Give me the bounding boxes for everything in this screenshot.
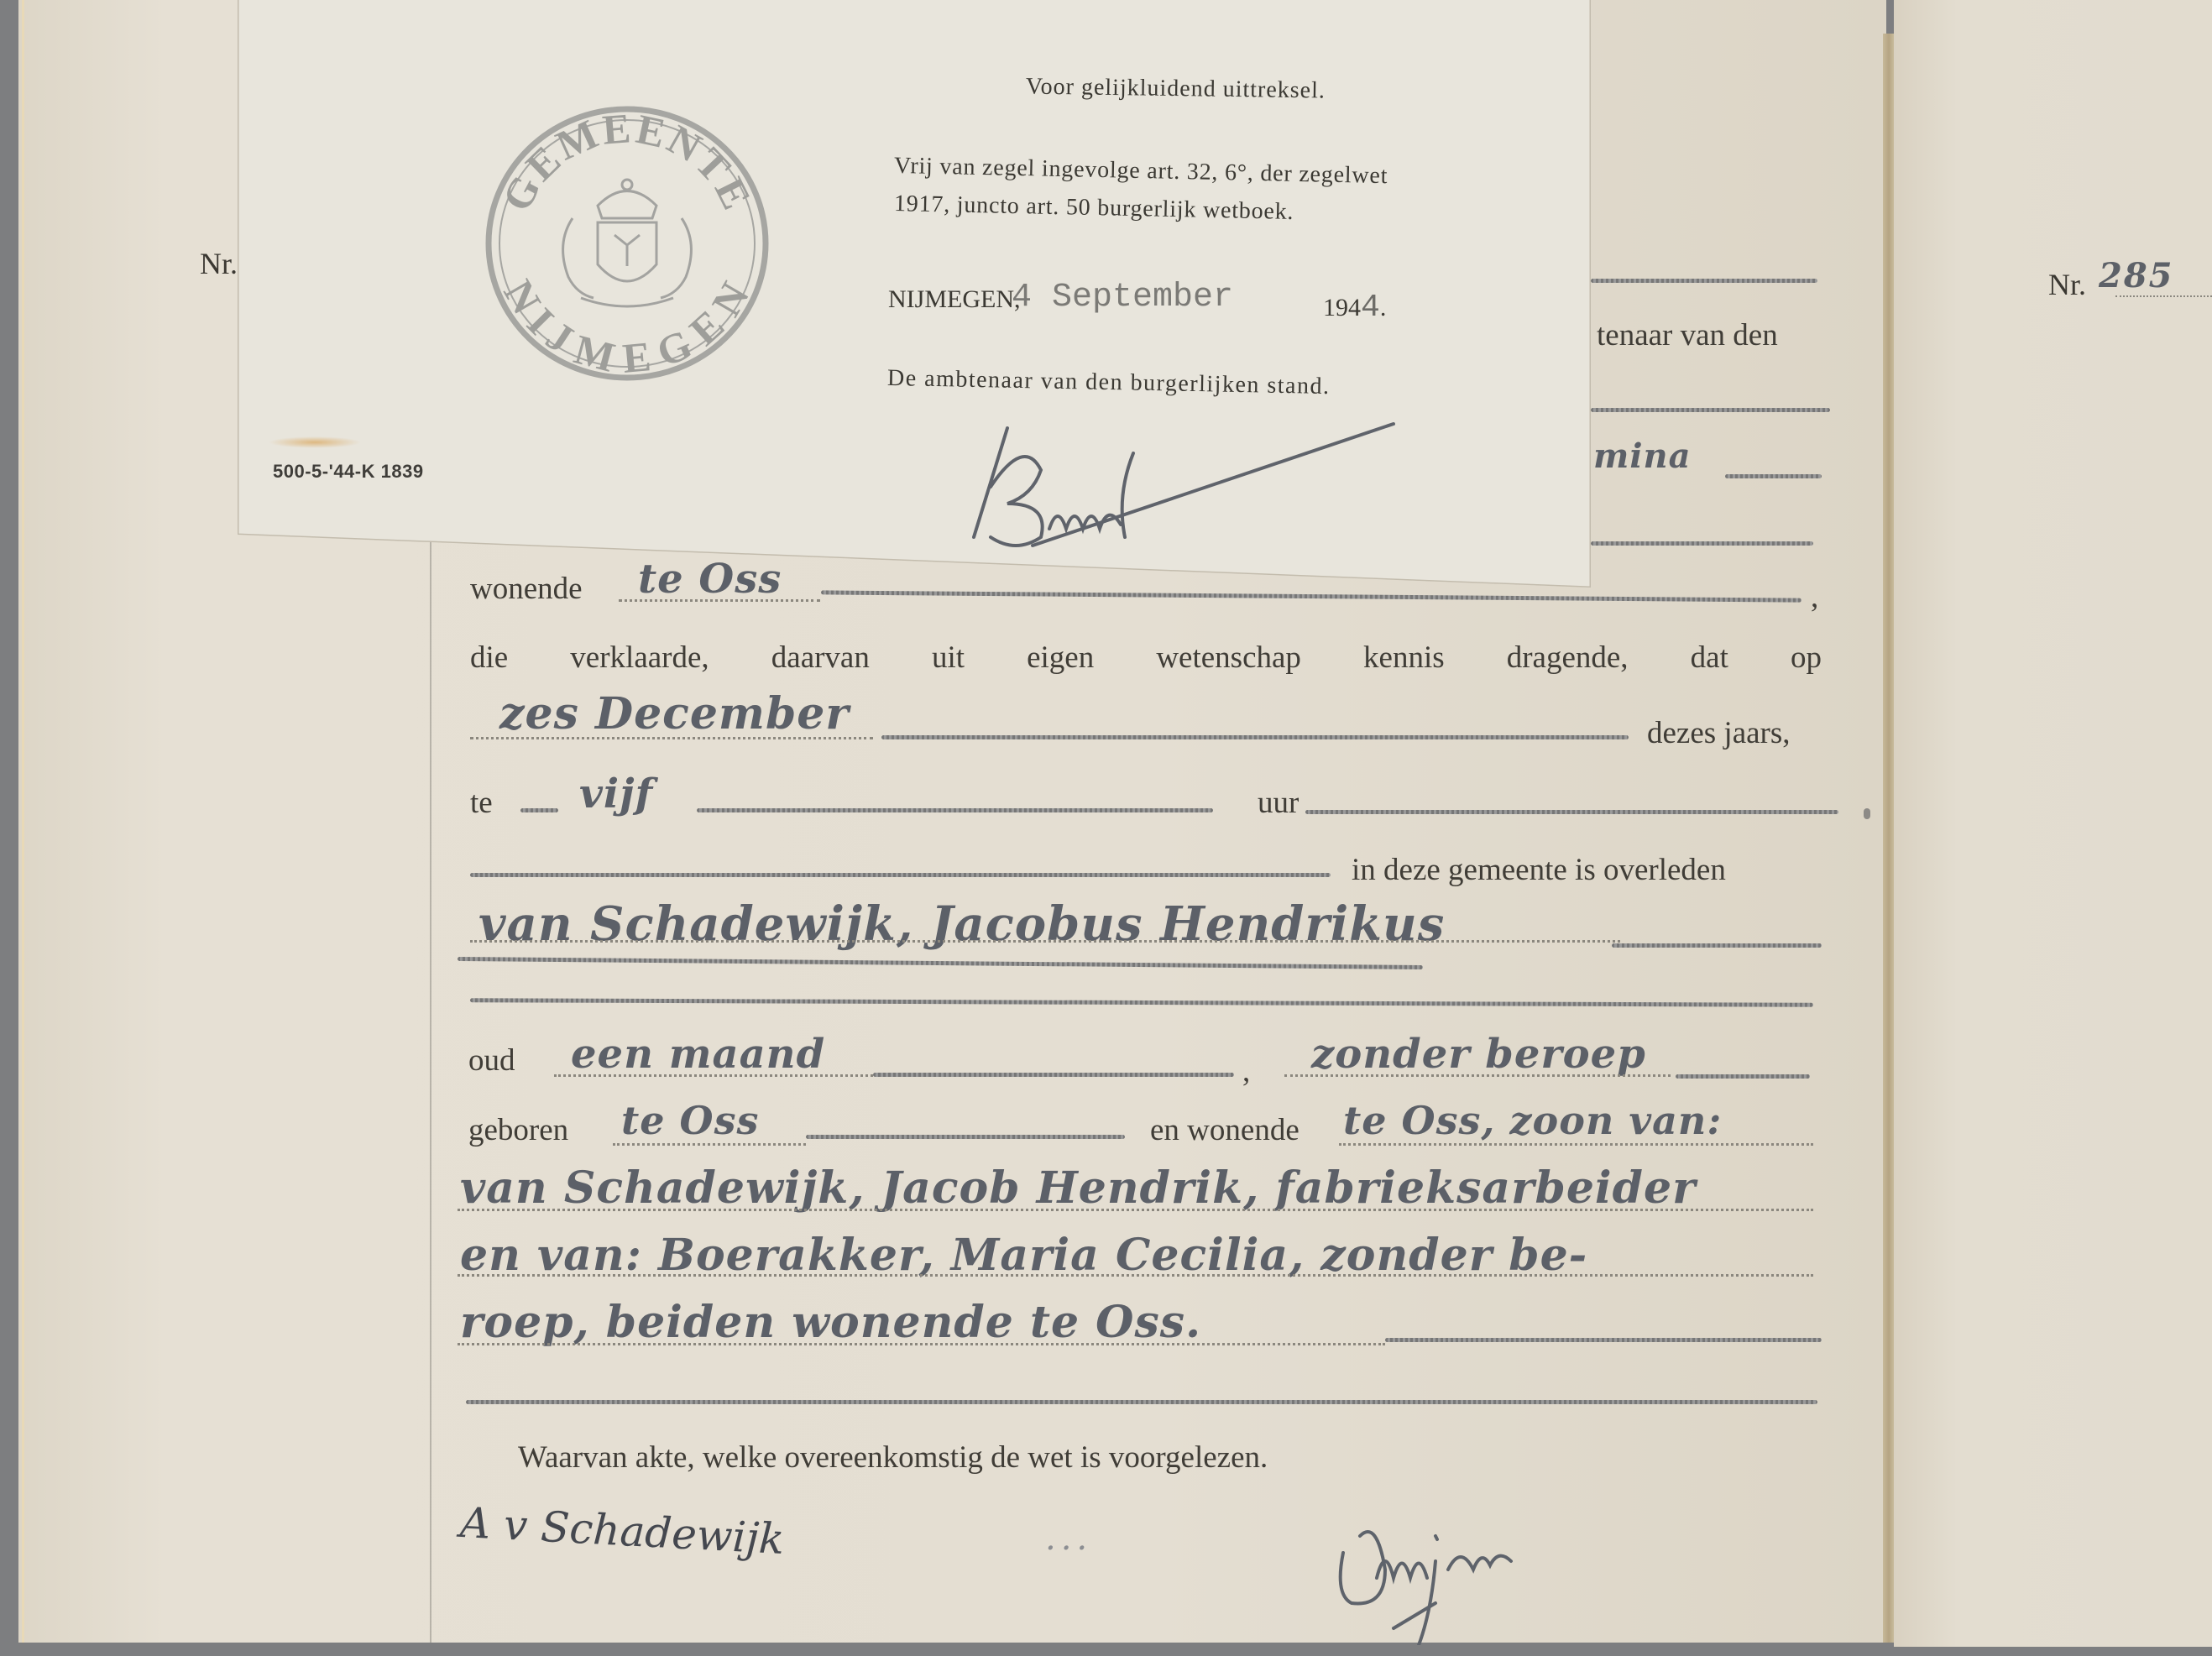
form-rule bbox=[470, 873, 1331, 877]
form-rule bbox=[873, 1073, 1234, 1077]
handwritten-time: vijf bbox=[579, 771, 653, 818]
form-rule bbox=[1591, 541, 1813, 546]
handwritten-date: zes December bbox=[499, 688, 850, 739]
handwritten-age: een maand bbox=[571, 1031, 825, 1078]
time-unit: uur bbox=[1258, 785, 1299, 821]
right-page bbox=[1894, 0, 2212, 1647]
slip-heading: Voor gelijkluidend uittreksel. bbox=[1026, 74, 1326, 105]
dotted-line bbox=[1339, 1143, 1813, 1146]
slip-year-period: . bbox=[1380, 294, 1387, 321]
form-rule bbox=[1385, 1338, 1822, 1342]
form-rule bbox=[1612, 943, 1822, 948]
witness-signature-faded: ... bbox=[1045, 1519, 1092, 1558]
form-rule bbox=[806, 1135, 1125, 1139]
slip-form-code: 500-5-'44-K 1839 bbox=[273, 461, 424, 483]
word: dat bbox=[1691, 640, 1728, 676]
comma: , bbox=[1811, 579, 1818, 615]
dotted-line bbox=[470, 737, 873, 739]
form-rule bbox=[697, 808, 1213, 812]
handwritten-residing: te Oss, zoon van: bbox=[1343, 1098, 1722, 1143]
municipal-seal-icon: GEMEENTE NIJMEGEN bbox=[480, 101, 774, 386]
form-rule bbox=[881, 735, 1629, 739]
dotted-line bbox=[458, 1209, 1813, 1211]
form-rule bbox=[1676, 1074, 1810, 1079]
form-rule bbox=[466, 1400, 1817, 1404]
handwritten-partial-name: mina bbox=[1593, 436, 1692, 476]
record-number-value: 285 bbox=[2099, 256, 2174, 295]
dotted-line bbox=[458, 1343, 1385, 1345]
time-label: te bbox=[470, 785, 493, 821]
comma: , bbox=[1242, 1053, 1250, 1089]
born-label: geboren bbox=[468, 1112, 568, 1148]
dotted-line bbox=[554, 1074, 873, 1077]
dotted-line bbox=[613, 1143, 806, 1146]
word: uit bbox=[932, 640, 965, 676]
word: kennis bbox=[1363, 640, 1445, 676]
residence-label: wonende bbox=[470, 571, 583, 607]
handwritten-residence: te Oss bbox=[638, 556, 782, 603]
dotted-line bbox=[1284, 1074, 1671, 1077]
age-label: oud bbox=[468, 1042, 515, 1079]
date-suffix: dezes jaars, bbox=[1647, 715, 1791, 751]
slip-year-printed: 194 bbox=[1323, 294, 1361, 321]
closing-statement: Waarvan akte, welke overeenkomstig de we… bbox=[518, 1439, 1268, 1476]
form-rule bbox=[1725, 474, 1822, 478]
declaration-line: die verklaarde, daarvan uit eigen wetens… bbox=[470, 640, 1822, 676]
handwritten-parents-line-1: van Schadewijk, Jacob Hendrik, fabrieksa… bbox=[460, 1162, 1697, 1214]
slip-typed-date: 4 September bbox=[1012, 279, 1233, 316]
died-phrase: in deze gemeente is overleden bbox=[1352, 852, 1726, 888]
slip-year: 1944. bbox=[1323, 290, 1386, 326]
dotted-line bbox=[458, 1274, 1813, 1277]
word: wetenschap bbox=[1156, 640, 1301, 676]
handwritten-birthplace: te Oss bbox=[621, 1098, 759, 1143]
handwritten-deceased-name: van Schadewijk, Jacobus Hendrikus bbox=[478, 896, 1445, 952]
form-rule bbox=[1305, 810, 1838, 814]
word: daarvan bbox=[771, 640, 870, 676]
word: die bbox=[470, 640, 508, 676]
handwritten-occupation: zonder beroep bbox=[1311, 1031, 1646, 1078]
form-rule bbox=[520, 808, 558, 812]
word: op bbox=[1791, 640, 1822, 676]
book-gutter bbox=[1883, 34, 1895, 1643]
foxing-stain bbox=[269, 436, 361, 448]
word: verklaarde, bbox=[570, 640, 709, 676]
dotted-line bbox=[470, 940, 1620, 943]
form-rule bbox=[1591, 279, 1817, 283]
official-signature-bottom-icon bbox=[1310, 1469, 1595, 1645]
svg-text:NIJMEGEN: NIJMEGEN bbox=[494, 272, 759, 382]
partial-text-under-slip: tenaar van den bbox=[1597, 317, 1778, 353]
dot-mark bbox=[1864, 808, 1870, 819]
record-number-label-left: Nr. bbox=[200, 246, 238, 281]
official-signature-icon bbox=[957, 403, 1477, 554]
residing-label: en wonende bbox=[1150, 1112, 1299, 1148]
page-edge bbox=[22, 0, 24, 1643]
record-number-label-right: Nr. bbox=[2048, 267, 2086, 302]
word: eigen bbox=[1027, 640, 1094, 676]
handwritten-parents-line-2: en van: Boerakker, Maria Cecilia, zonder… bbox=[460, 1230, 1587, 1281]
record-number-dots bbox=[2115, 295, 2212, 297]
word: dragende, bbox=[1507, 640, 1629, 676]
slip-city: NIJMEGEN, bbox=[888, 285, 1021, 314]
form-rule bbox=[1591, 408, 1830, 412]
slip-year-typed: 4 bbox=[1361, 290, 1380, 326]
handwritten-parents-line-3: roep, beiden wonende te Oss. bbox=[460, 1297, 1201, 1348]
svg-text:GEMEENTE: GEMEENTE bbox=[493, 104, 761, 218]
